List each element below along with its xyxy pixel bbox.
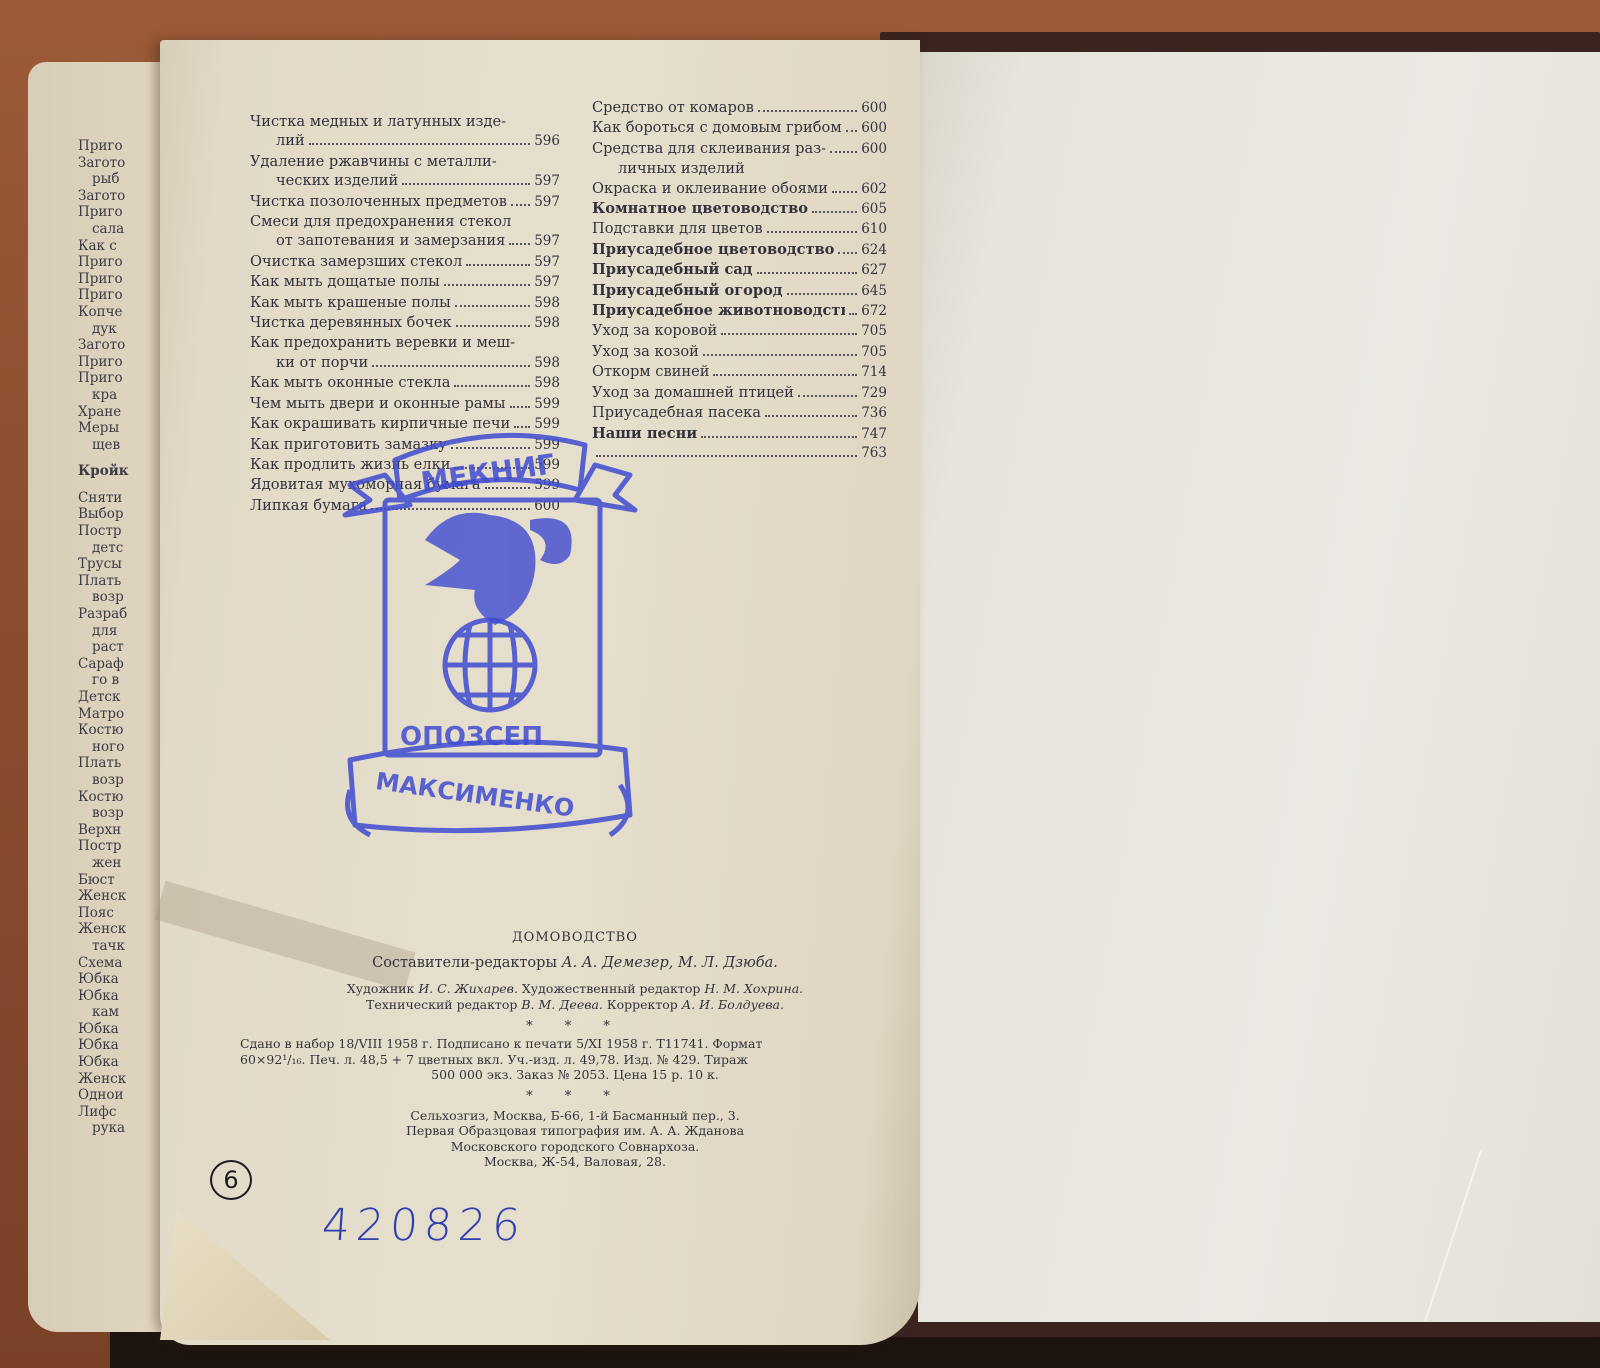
text-fragment: рука [78, 1120, 158, 1137]
toc-page-number: 736 [861, 404, 887, 423]
text-fragment: Женск [78, 1071, 158, 1088]
toc-page-number: 597 [534, 273, 560, 292]
text-fragment: Схема [78, 955, 158, 972]
toc-entry: Как бороться с домовым грибом600 [592, 118, 887, 138]
text-fragment: раст [78, 639, 158, 656]
text-fragment: Женск [78, 921, 158, 938]
endpaper-blank-page [918, 52, 1600, 1322]
text-fragment: Выбор [78, 506, 158, 523]
toc-entry: Как предохранить веревки и меш- [250, 333, 560, 352]
toc-page-number: 598 [534, 374, 560, 393]
text-fragment: Верхн [78, 822, 158, 839]
toc-page-number: 600 [861, 99, 887, 118]
toc-page-number: 597 [534, 253, 560, 272]
text-fragment: Лифс [78, 1104, 158, 1121]
toc-entry-title: Средство от комаров [592, 98, 754, 117]
toc-entry-title: Уход за домашней птицей [592, 383, 794, 402]
toc-page-number: 705 [861, 322, 887, 341]
toc-entry: Уход за козой705 [592, 342, 887, 362]
separator: * * * [240, 1019, 910, 1034]
text-fragment: Сняти [78, 490, 158, 507]
toc-page-number: 624 [861, 241, 887, 260]
toc-entry-title: Чистка позолоченных предметов [250, 192, 507, 211]
leader-dots [765, 415, 857, 417]
toc-page-number: 602 [861, 180, 887, 199]
toc-entry: Очистка замерзших стекол597 [250, 252, 560, 272]
leader-dots [454, 385, 530, 387]
toc-entry: ки от порчи598 [250, 353, 560, 373]
library-stamp-icon: МЕКНИГ МАКСИМЕНКО ОПОЗСЕП [340, 420, 640, 855]
leader-dots [509, 243, 530, 245]
text-fragment: Костю [78, 722, 158, 739]
toc-entry: Чистка позолоченных предметов597 [250, 192, 560, 212]
toc-entry: Приусадебный сад627 [592, 260, 887, 280]
text-fragment: кра [78, 387, 158, 404]
text-fragment: Матро [78, 706, 158, 723]
toc-entry-title: Очистка замерзших стекол [250, 252, 462, 271]
text-fragment: Плать [78, 573, 158, 590]
colophon-staff: Художник И. С. Жихарев. Художественный р… [240, 981, 910, 1013]
toc-entry: Удаление ржавчины с металли- [250, 152, 560, 171]
leader-dots [846, 130, 858, 132]
toc-page-number: 714 [861, 363, 887, 382]
text-fragment: сала [78, 221, 158, 238]
toc-entry-title: Приусадебное животноводство [592, 301, 845, 320]
leader-dots [510, 406, 531, 408]
toc-entry: Подставки для цветов610 [592, 219, 887, 239]
text-fragment: Постр [78, 838, 158, 855]
text-fragment: Юбка [78, 1054, 158, 1071]
text-fragment: Приго [78, 354, 158, 371]
toc-entry-title: Приусадебное цветоводство [592, 240, 834, 259]
leader-dots [757, 272, 858, 274]
toc-entry-title: от запотевания и замерзания [250, 231, 505, 250]
toc-page-number: 598 [534, 294, 560, 313]
toc-entry-title: Удаление ржавчины с металли- [250, 152, 497, 171]
text-fragment: возр [78, 589, 158, 606]
toc-entry-title: Окраска и оклеивание обоями [592, 179, 828, 198]
separator: * * * [240, 1089, 910, 1104]
text-fragment: Трусы [78, 556, 158, 573]
toc-page-number: 627 [861, 261, 887, 280]
leader-dots [466, 264, 530, 266]
leader-dots [455, 305, 530, 307]
toc-entry-title: Уход за коровой [592, 321, 717, 340]
leader-dots [758, 110, 857, 112]
text-fragment: Юбка [78, 1021, 158, 1038]
toc-entry: Как мыть дощатые полы597 [250, 272, 560, 292]
svg-text:ОПОЗСЕП: ОПОЗСЕП [400, 722, 543, 752]
leader-dots [402, 183, 530, 185]
toc-entry-title: Чистка деревянных бочек [250, 313, 452, 332]
text-fragment: Плать [78, 755, 158, 772]
text-fragment: Женск [78, 888, 158, 905]
toc-entry-title: Уход за козой [592, 342, 699, 361]
text-fragment: Юбка [78, 971, 158, 988]
text-fragment: Загото [78, 188, 158, 205]
handwritten-inventory-number: 420826 [320, 1200, 528, 1251]
text-fragment: ного [78, 739, 158, 756]
leader-dots [721, 333, 857, 335]
colophon: ДОМОВОДСТВО Составители-редакторы А. А. … [240, 930, 910, 1170]
text-fragment: Приго [78, 287, 158, 304]
leader-dots [838, 252, 857, 254]
toc-entry: Уход за домашней птицей729 [592, 383, 887, 403]
text-fragment: Костю [78, 789, 158, 806]
toc-page-number: 599 [534, 395, 560, 414]
text-fragment: жен [78, 855, 158, 872]
toc-page-number: 645 [861, 282, 887, 301]
toc-page-number: 596 [534, 132, 560, 151]
leader-dots [703, 354, 857, 356]
leader-dots [787, 293, 858, 295]
print-details: Сдано в набор 18/VIII 1958 г. Подписано … [240, 1036, 910, 1083]
leader-dots [798, 395, 857, 397]
toc-page-number: 729 [861, 384, 887, 403]
leader-dots [713, 374, 857, 376]
toc-entry-title: лий [250, 131, 305, 150]
leader-dots [832, 191, 857, 193]
text-fragment: Пояс [78, 905, 158, 922]
text-fragment: Бюст [78, 872, 158, 889]
toc-entry-title: Как мыть оконные стекла [250, 373, 450, 392]
toc-entry: Как мыть оконные стекла598 [250, 373, 560, 393]
toc-entry: Уход за коровой705 [592, 321, 887, 341]
leader-dots [372, 365, 530, 367]
toc-entry: от запотевания и замерзания597 [250, 231, 560, 251]
text-fragment: рыб [78, 171, 158, 188]
text-fragment: щев [78, 437, 158, 454]
colophon-book-title: ДОМОВОДСТВО [240, 930, 910, 945]
text-fragment: Детск [78, 689, 158, 706]
text-fragment: Хране [78, 404, 158, 421]
toc-entry: ческих изделий597 [250, 171, 560, 191]
toc-page-number: 600 [861, 140, 887, 159]
toc-entry-title: личных изделий [592, 159, 745, 178]
toc-entry-title: Средства для склеивания раз- [592, 139, 826, 158]
text-fragment: го в [78, 672, 158, 689]
leader-dots [701, 436, 857, 438]
text-fragment: Однои [78, 1087, 158, 1104]
toc-entry-title: Как мыть дощатые полы [250, 272, 440, 291]
toc-entry-title: Смеси для предохранения стекол [250, 212, 511, 231]
toc-entry: Чистка деревянных бочек598 [250, 313, 560, 333]
toc-page-number: 600 [861, 119, 887, 138]
text-fragment: Разраб [78, 606, 158, 623]
text-fragment: Приго [78, 271, 158, 288]
leader-dots [849, 313, 857, 315]
leader-dots [812, 211, 857, 213]
text-fragment: Приго [78, 138, 158, 155]
toc-page-number: 610 [861, 220, 887, 239]
text-fragment: кам [78, 1004, 158, 1021]
toc-entry: Приусадебное цветоводство624 [592, 240, 887, 260]
colophon-editors: Составители-редакторы А. А. Демезер, М. … [240, 955, 910, 971]
toc-entry: Комнатное цветоводство605 [592, 199, 887, 219]
toc-page-number: 605 [861, 200, 887, 219]
toc-entry: личных изделий [592, 159, 887, 178]
leader-dots [456, 325, 531, 327]
toc-entry: Как мыть крашеные полы598 [250, 293, 560, 313]
text-fragment: Загото [78, 337, 158, 354]
toc-entry-title: ки от порчи [250, 353, 368, 372]
toc-entry-title: Как предохранить веревки и меш- [250, 333, 515, 352]
text-fragment: для [78, 623, 158, 640]
text-fragment: Сараф [78, 656, 158, 673]
toc-page-number: 597 [534, 232, 560, 251]
text-fragment: детс [78, 540, 158, 557]
circled-number-mark: 6 [210, 1160, 252, 1200]
text-fragment: возр [78, 772, 158, 789]
toc-entry-title: Как бороться с домовым грибом [592, 118, 842, 137]
toc-entry-title: Комнатное цветоводство [592, 199, 808, 218]
leader-dots [830, 151, 857, 153]
leader-dots [309, 143, 530, 145]
text-fragment: Меры [78, 420, 158, 437]
publisher-info: Сельхозгиз, Москва, Б-66, 1-й Басманный … [240, 1108, 910, 1170]
toc-entry-title: Приусадебный сад [592, 260, 753, 279]
toc-entry: Окраска и оклеивание обоями602 [592, 179, 887, 199]
toc-entry: Средство от комаров600 [592, 98, 887, 118]
toc-entry: Приусадебное животноводство672 [592, 301, 887, 321]
toc-page-number: 763 [861, 444, 887, 463]
toc-entry: Чем мыть двери и оконные рамы599 [250, 394, 560, 414]
text-fragment: Копче [78, 304, 158, 321]
toc-page-number: 672 [861, 302, 887, 321]
text-fragment: Юбка [78, 1037, 158, 1054]
underlying-page-text-fragments: ПригоЗаготорыбЗаготоПригосалаКак сПригоП… [78, 138, 158, 1137]
toc-entry-title: Как мыть крашеные полы [250, 293, 451, 312]
text-fragment: Юбка [78, 988, 158, 1005]
toc-entry: Средства для склеивания раз-600 [592, 139, 887, 159]
text-fragment: Постр [78, 523, 158, 540]
toc-entry: Чистка медных и латунных изде- [250, 112, 560, 131]
toc-page-number: 747 [861, 425, 887, 444]
toc-entry-title: Чистка медных и латунных изде- [250, 112, 506, 131]
svg-text:МЕКНИГ: МЕКНИГ [419, 447, 557, 498]
text-fragment: Загото [78, 155, 158, 172]
leader-dots [511, 204, 530, 206]
text-fragment: Приго [78, 370, 158, 387]
toc-entry-title: ческих изделий [250, 171, 398, 190]
toc-entry: Смеси для предохранения стекол [250, 212, 560, 231]
svg-text:МАКСИМЕНКО: МАКСИМЕНКО [374, 767, 576, 823]
text-fragment: Приго [78, 204, 158, 221]
toc-entry-title: Откорм свиней [592, 362, 709, 381]
toc-page-number: 598 [534, 354, 560, 373]
toc-page-number: 705 [861, 343, 887, 362]
toc-entry: Откорм свиней714 [592, 362, 887, 382]
leader-dots [767, 231, 858, 233]
toc-page-number: 598 [534, 314, 560, 333]
text-fragment: Приго [78, 254, 158, 271]
text-fragment: возр [78, 805, 158, 822]
toc-page-number: 597 [534, 172, 560, 191]
leader-dots [444, 284, 530, 286]
toc-entry-title: Чем мыть двери и оконные рамы [250, 394, 506, 413]
toc-entry: лий596 [250, 131, 560, 151]
toc-page-number: 597 [534, 193, 560, 212]
text-fragment: Кройк [78, 463, 158, 480]
text-fragment: Как с [78, 238, 158, 255]
toc-entry: Приусадебный огород645 [592, 281, 887, 301]
toc-entry-title: Приусадебный огород [592, 281, 783, 300]
text-fragment: тачк [78, 938, 158, 955]
toc-entry-title: Подставки для цветов [592, 219, 763, 238]
text-fragment: дук [78, 321, 158, 338]
table-of-contents-right-column: Средство от комаров600Как бороться с дом… [592, 98, 887, 463]
